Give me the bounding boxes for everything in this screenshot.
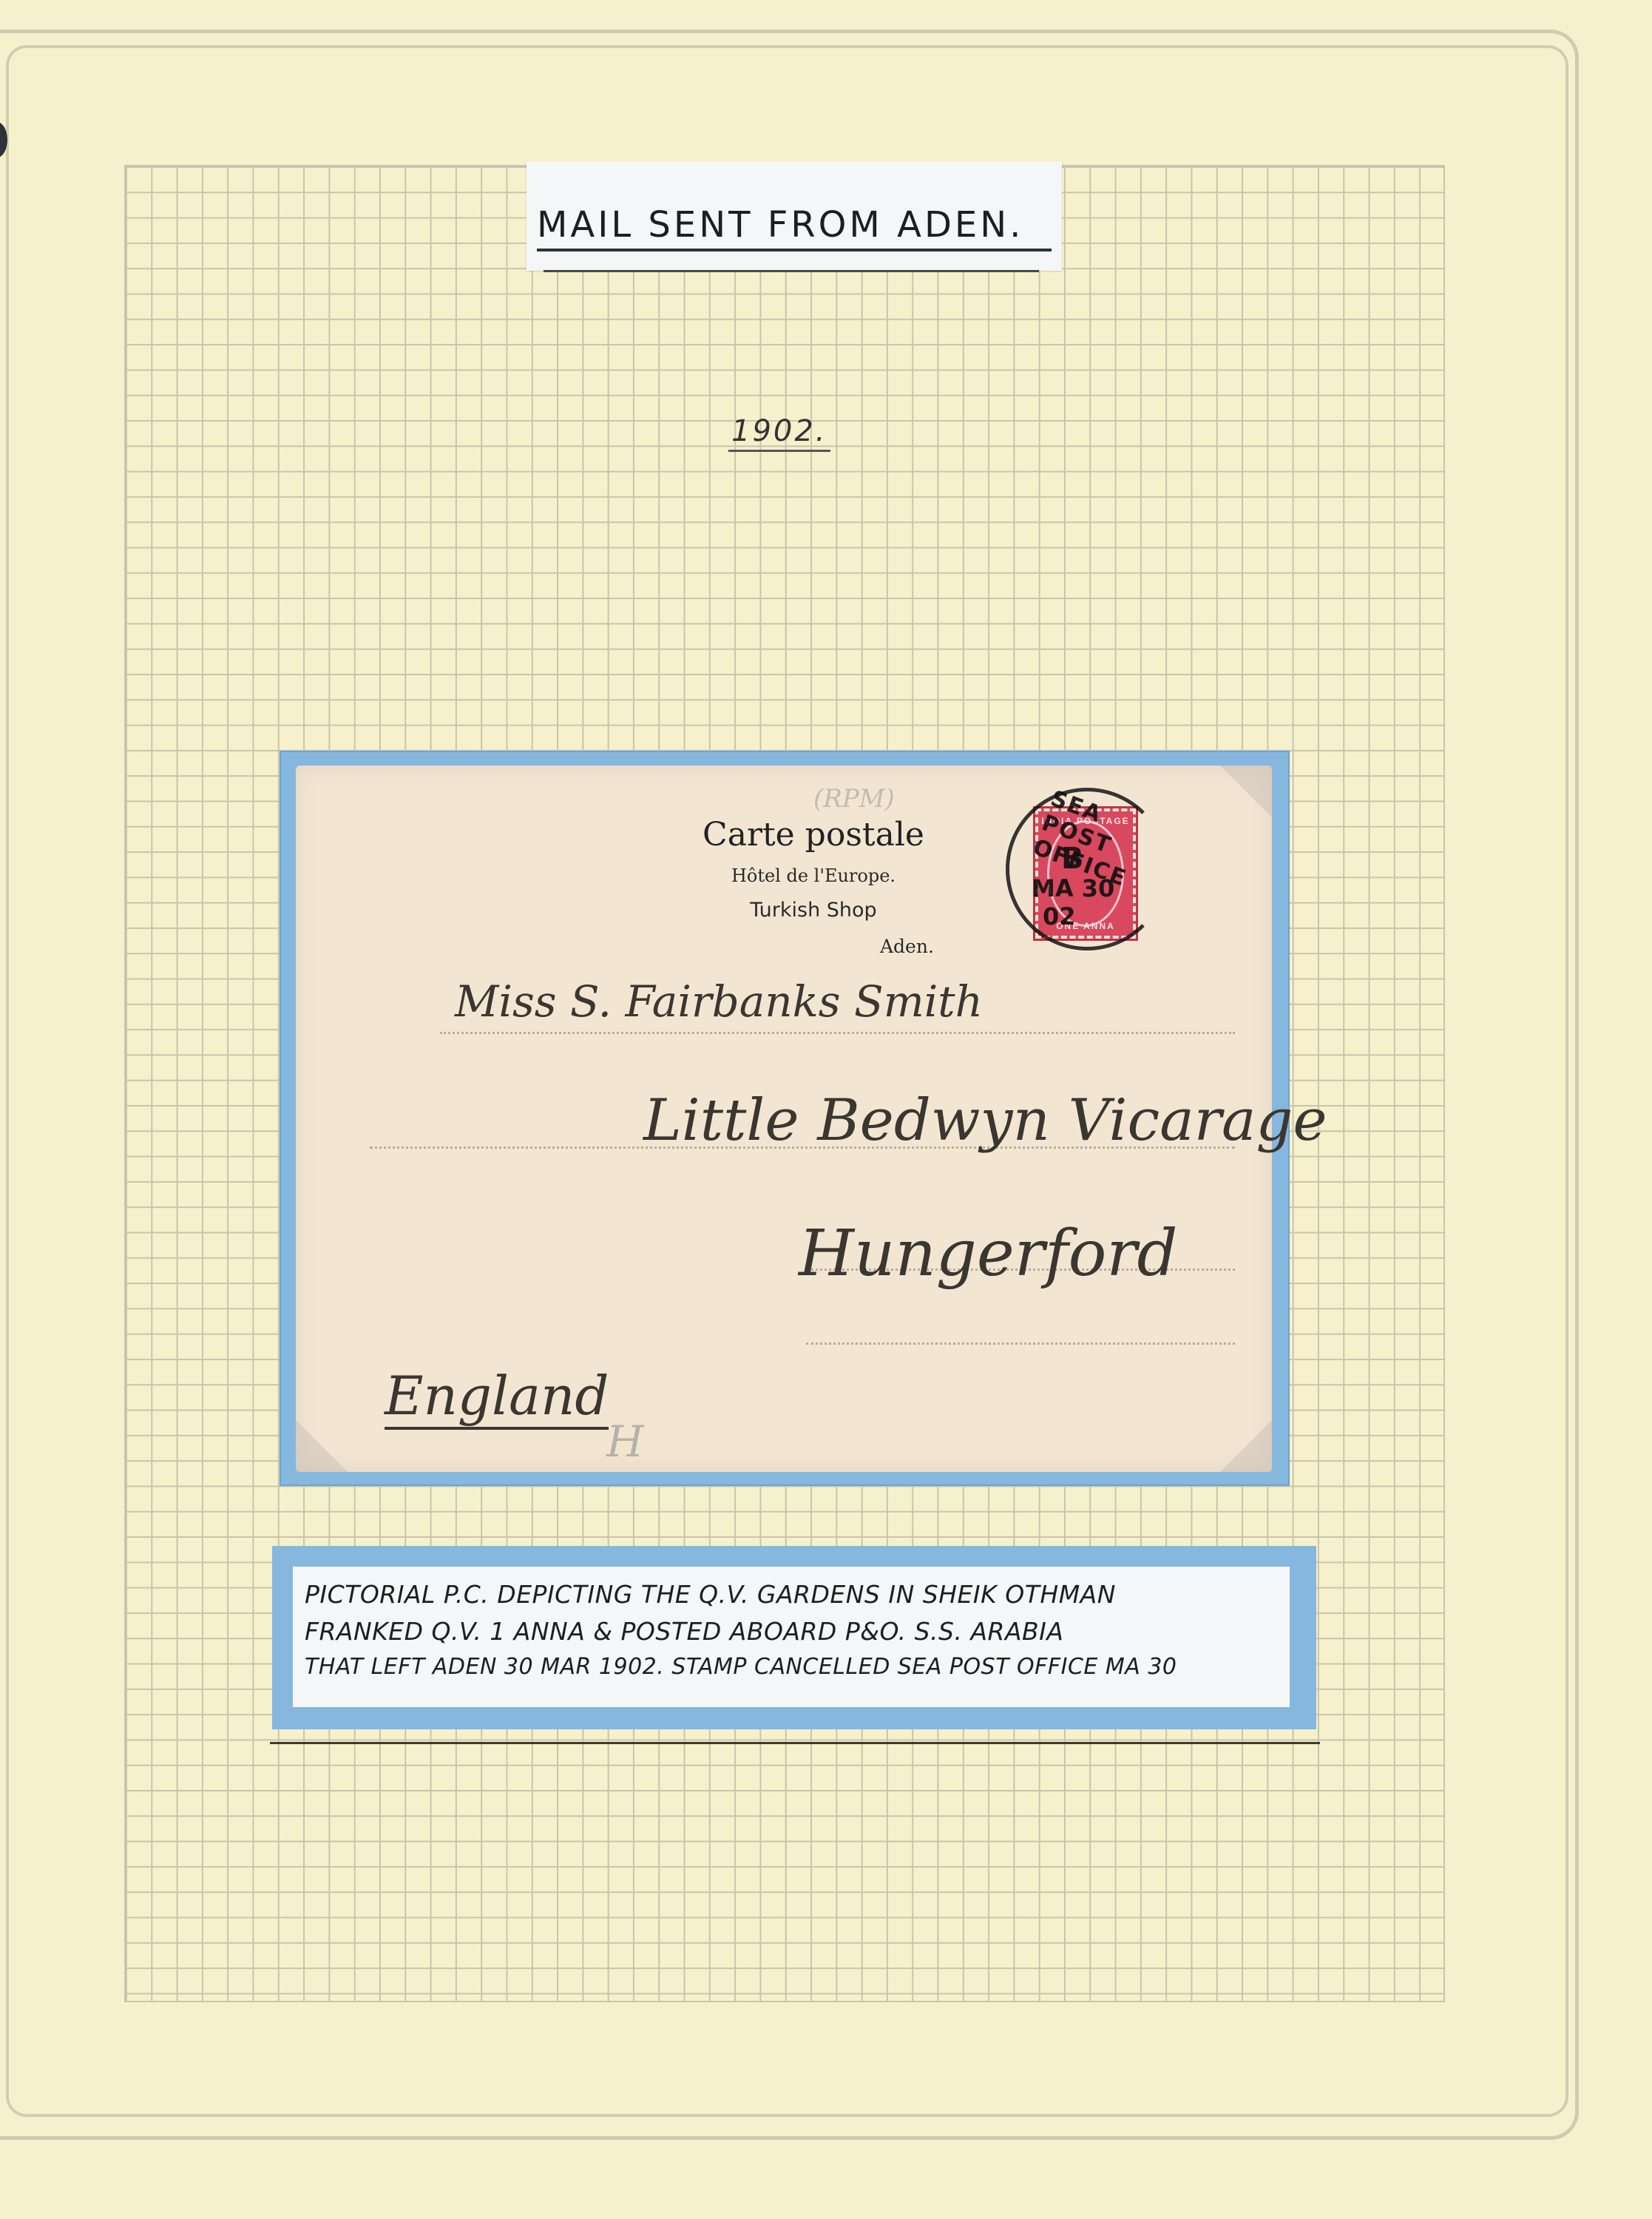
address-street: Little Bedwyn Vicarage xyxy=(643,1087,1327,1154)
address-town: Hungerford xyxy=(799,1217,1178,1291)
postmark-letter: B xyxy=(1061,842,1084,876)
address-dotted-line xyxy=(806,1342,1235,1345)
title-label: MAIL SENT FROM ADEN. xyxy=(527,161,1062,271)
pencil-note: H xyxy=(606,1416,644,1467)
address-name: Miss S. Fairbanks Smith xyxy=(455,976,983,1027)
address-country: England xyxy=(385,1365,609,1430)
page-title: MAIL SENT FROM ADEN. xyxy=(537,204,1052,251)
title-underline xyxy=(544,270,1039,272)
description-label: PICTORIAL P.C. DEPICTING THE Q.V. GARDEN… xyxy=(293,1567,1290,1707)
photo-corner xyxy=(1220,766,1272,817)
description-line: PICTORIAL P.C. DEPICTING THE Q.V. GARDEN… xyxy=(305,1580,1116,1609)
address-dotted-line xyxy=(440,1032,1235,1034)
postcard-shop: Turkish Shop xyxy=(680,899,947,922)
description-line: THAT LEFT ADEN 30 MAR 1902. STAMP CANCEL… xyxy=(305,1654,1177,1680)
postmark-cancel: SEA POST OFFICE B MA 30 02 xyxy=(1006,788,1168,950)
postcard: (RPM) Carte postale Hôtel de l'Europe. T… xyxy=(296,766,1272,1472)
bottom-rule xyxy=(270,1742,1320,1744)
photo-corner xyxy=(1220,1420,1272,1472)
postcard-city: Aden. xyxy=(880,936,969,957)
postcard-hotel: Hôtel de l'Europe. xyxy=(680,865,947,886)
description-line: FRANKED Q.V. 1 ANNA & POSTED ABOARD P&O.… xyxy=(305,1617,1063,1646)
postmark-year: 02 xyxy=(1043,902,1076,931)
postmark-date: MA 30 xyxy=(1032,874,1114,902)
year-heading: 1902. xyxy=(728,414,830,452)
pencil-note: (RPM) xyxy=(813,784,895,814)
photo-corner xyxy=(296,1420,348,1472)
postcard-heading: Carte postale xyxy=(680,816,947,854)
